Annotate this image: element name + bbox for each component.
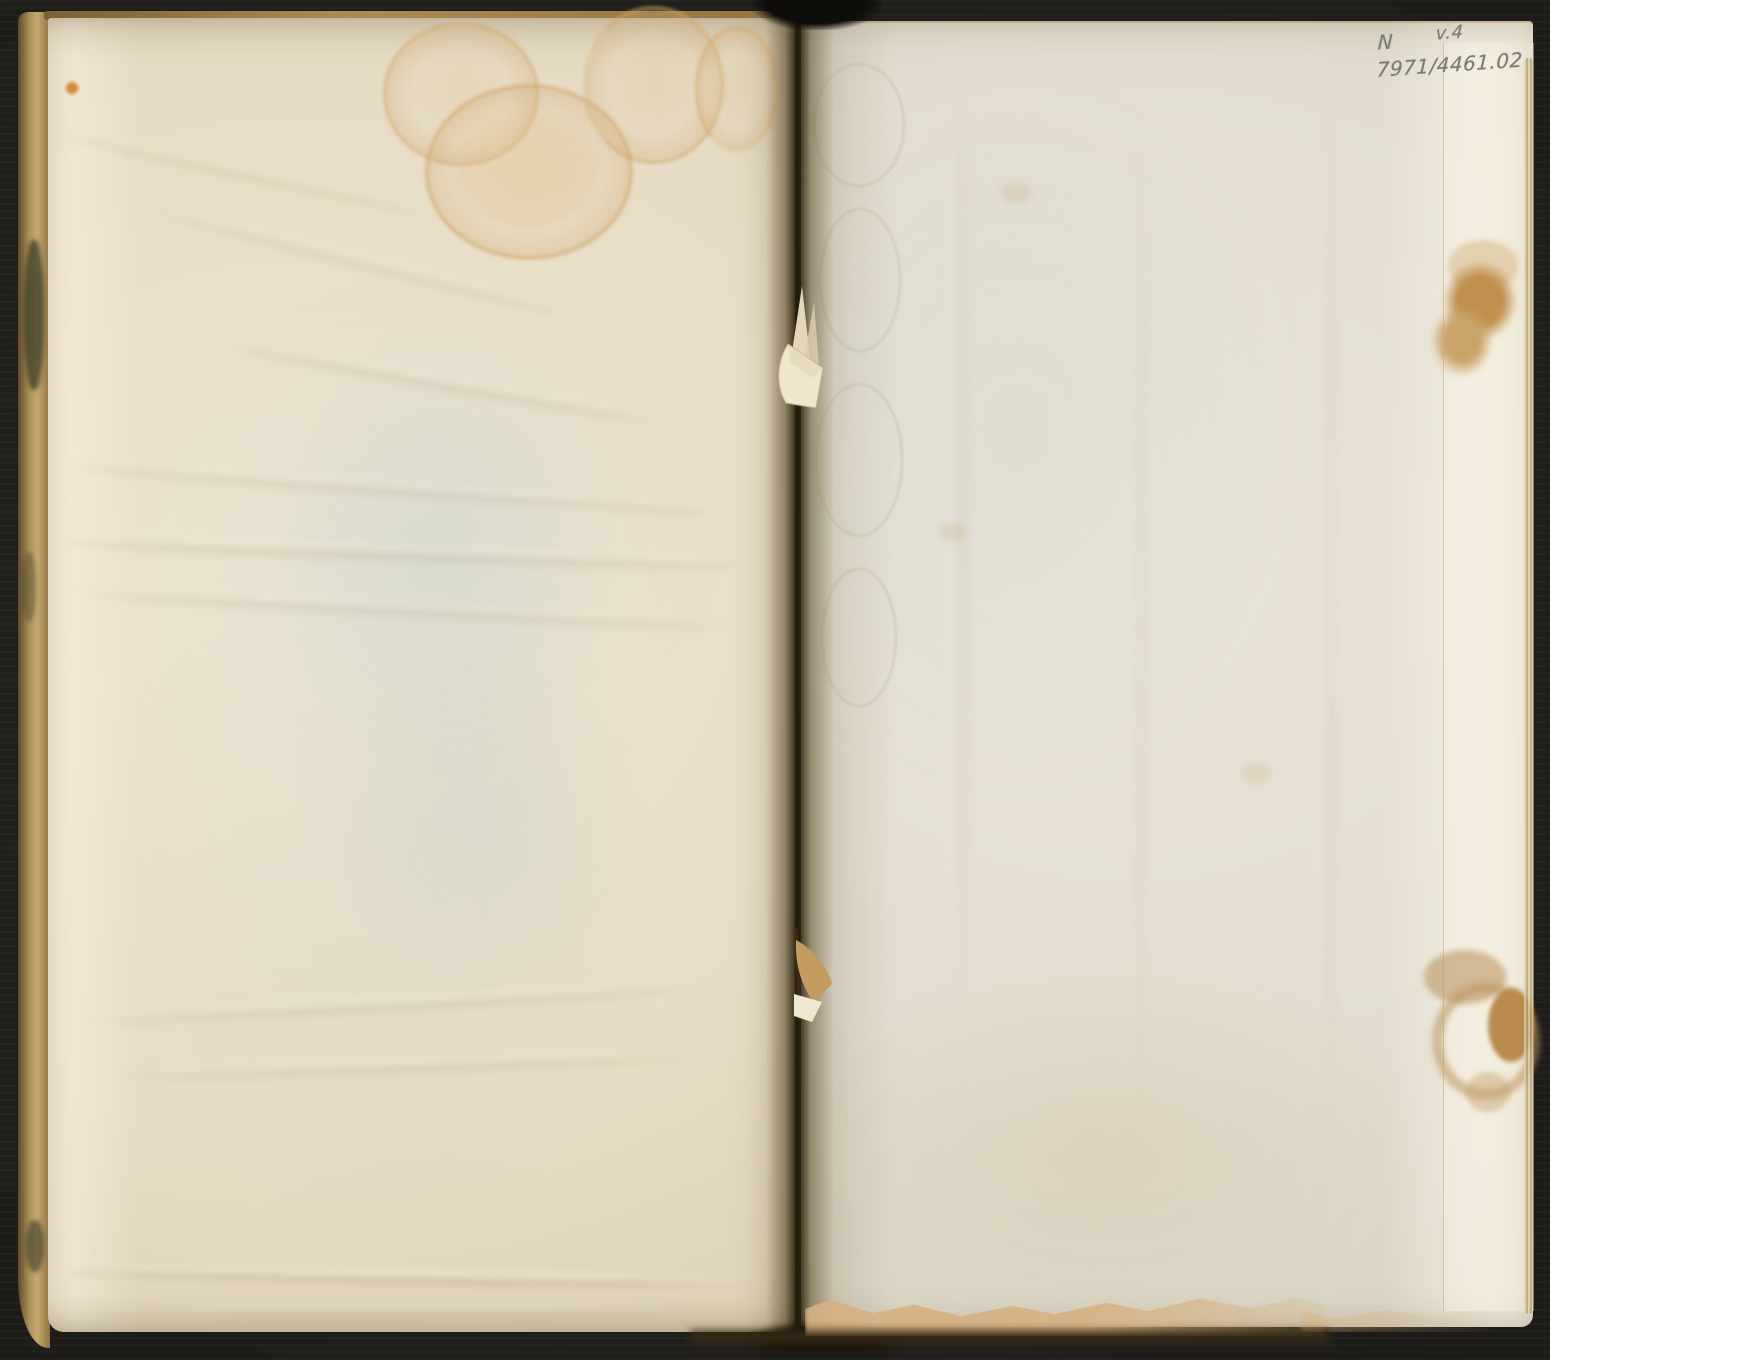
paper-tab: [762, 282, 838, 426]
edge-stain-mark: [22, 552, 36, 622]
spine-headcap: [752, 0, 882, 30]
left-page-edge-stack: [18, 12, 50, 1348]
left-blank-page: [48, 18, 795, 1332]
page-bottom-shadow: [690, 1330, 1330, 1344]
torn-paper-notch: [788, 922, 854, 1026]
right-blank-page: [801, 21, 1533, 1327]
book-gutter: [766, 10, 834, 1342]
page-wrinkle: [98, 1306, 708, 1316]
faint-spot: [1241, 763, 1271, 783]
small-stain-dot: [64, 80, 80, 96]
faint-spot: [1001, 183, 1031, 203]
page-wrinkle: [118, 1050, 688, 1082]
faint-spot: [941, 523, 967, 541]
right-edge-tape-band: [1443, 43, 1534, 1311]
edge-stain-mark: [26, 1220, 44, 1272]
adhesive-stain: [1426, 300, 1498, 382]
page-wrinkle: [58, 1264, 748, 1290]
book-photograph: N 7971/4461.02 v.4: [0, 0, 1550, 1360]
water-stain-fill: [458, 113, 598, 228]
edge-stain-mark: [24, 240, 44, 390]
right-fore-edge: [1524, 58, 1533, 1314]
show-through-patch: [298, 608, 668, 1038]
page-wrinkle: [61, 130, 425, 217]
page-wrinkle: [1131, 143, 1143, 1123]
stain-ring: [1466, 1072, 1510, 1112]
page-wrinkle: [1321, 113, 1333, 1133]
